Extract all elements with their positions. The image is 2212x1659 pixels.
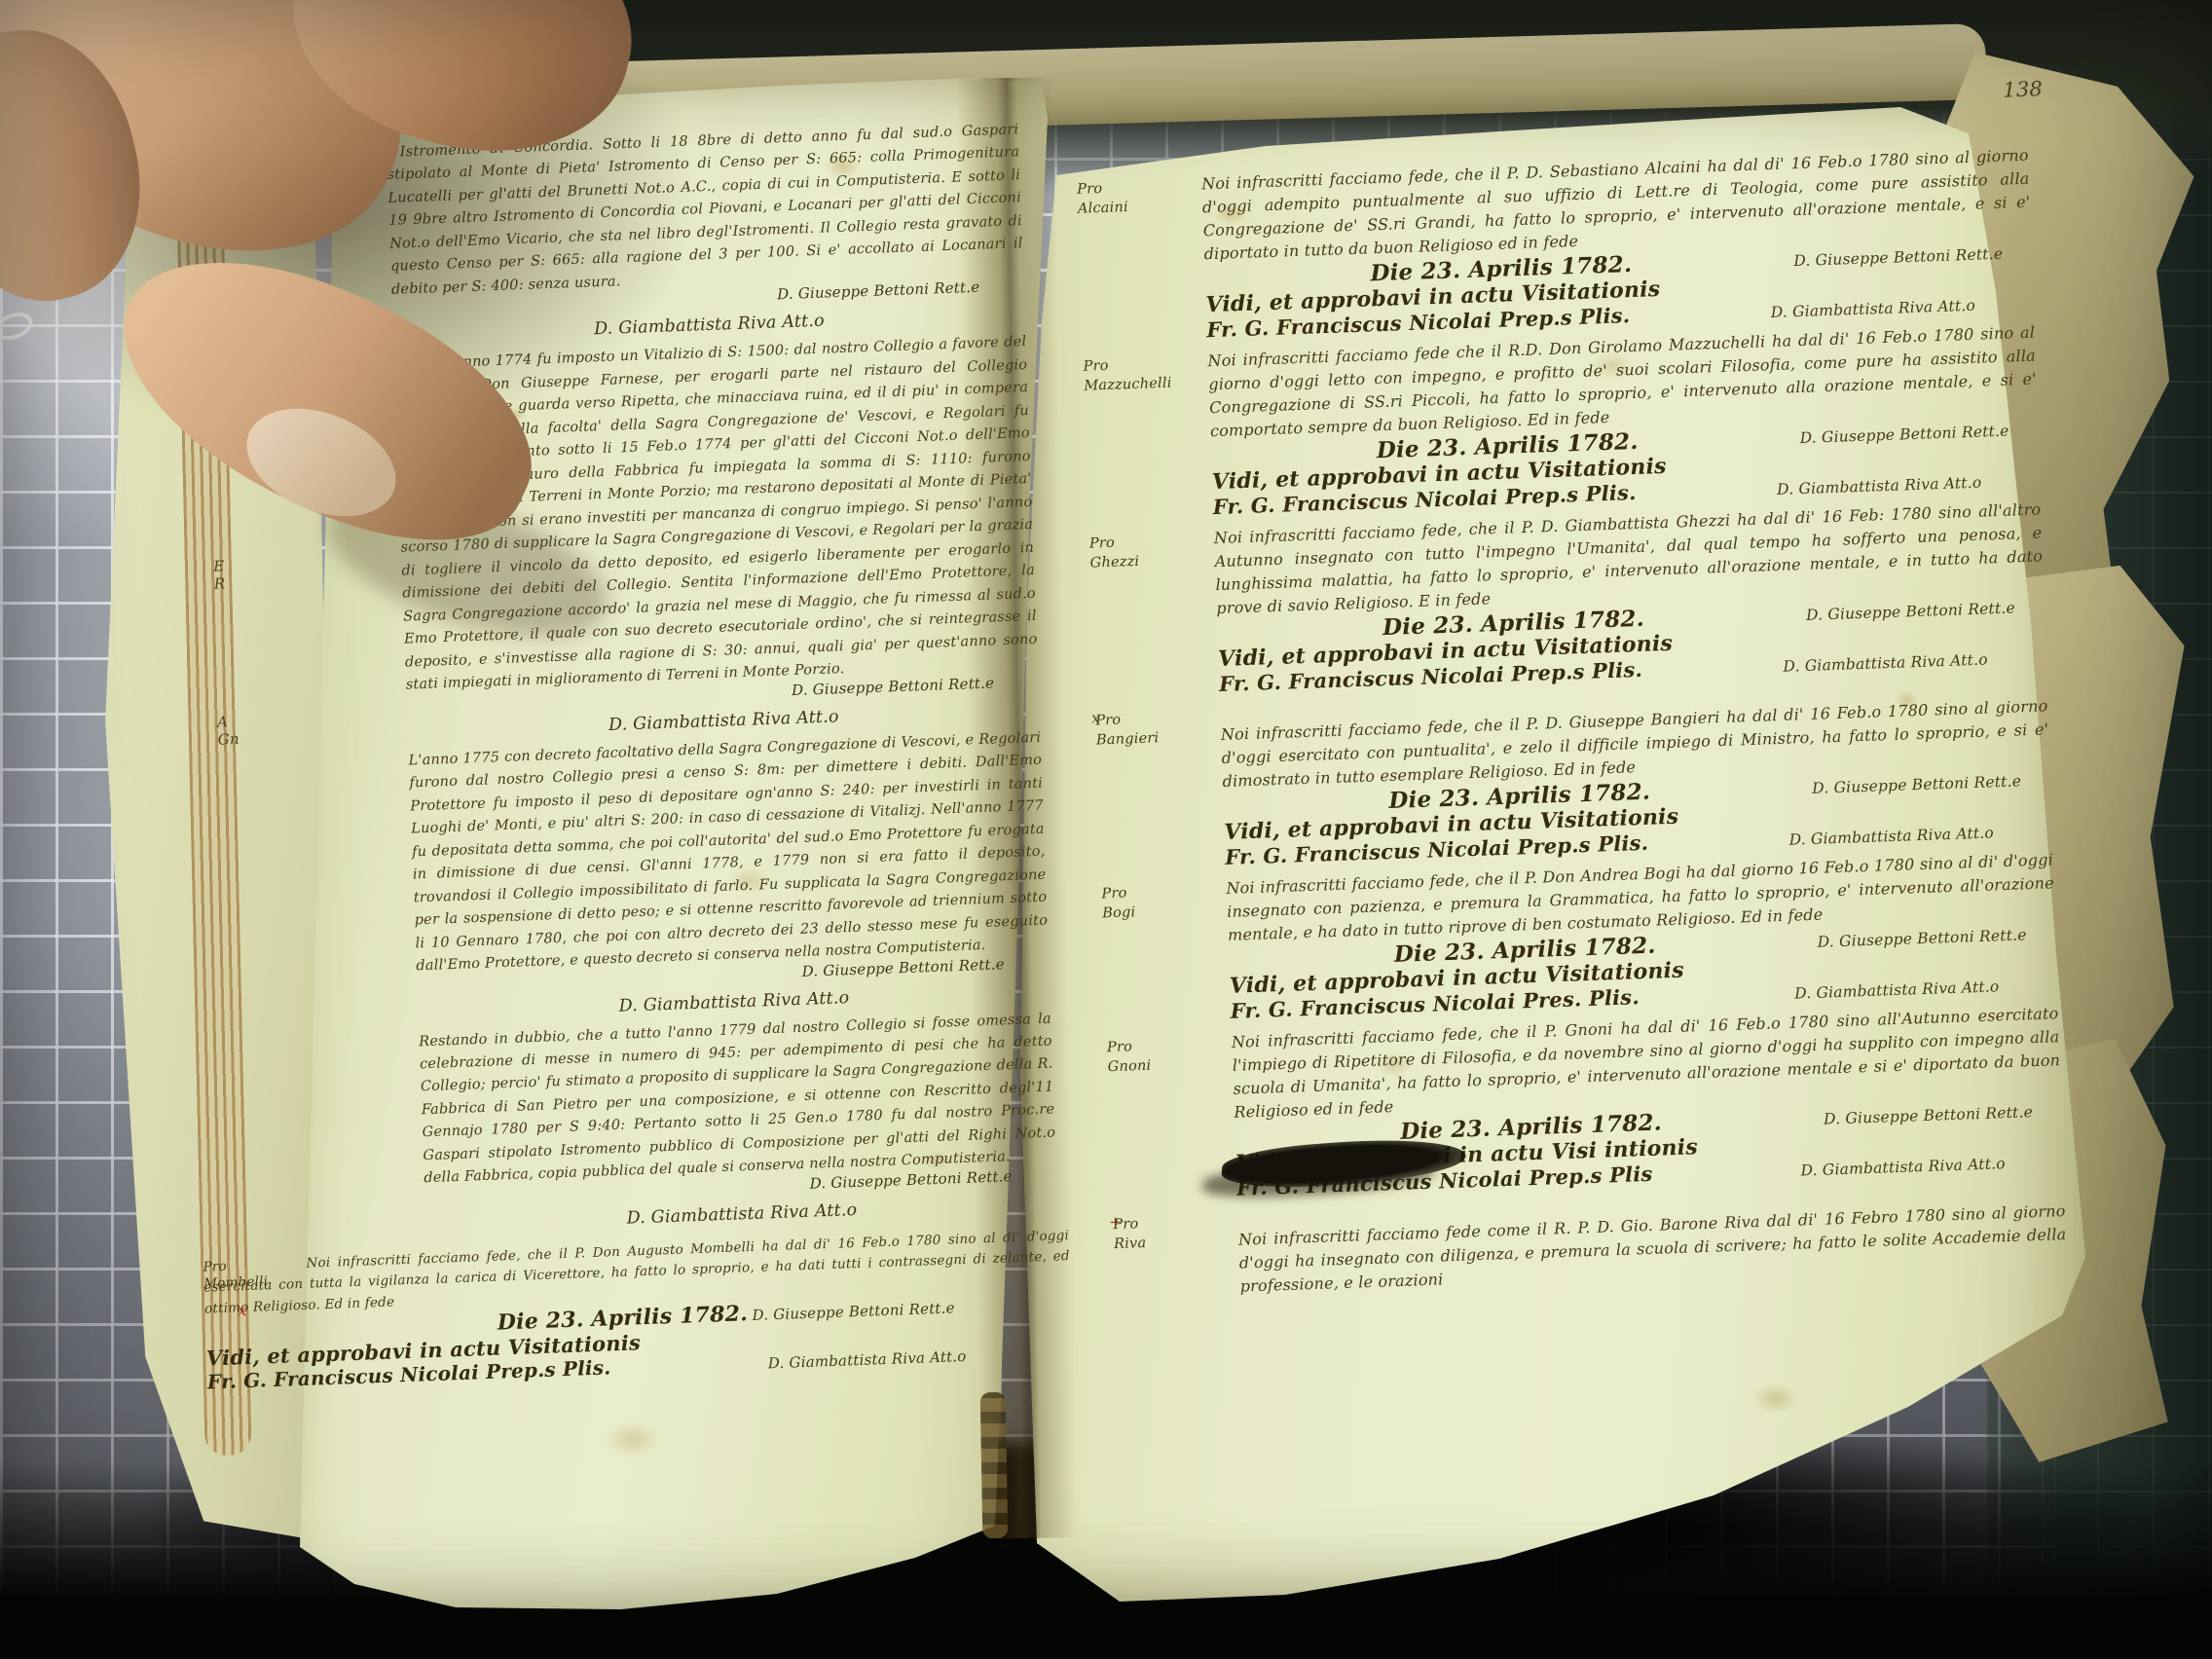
photo-vignette	[0, 0, 2212, 1659]
photo-scene: 134 G B E R A Gn L'Istromento di Concord…	[0, 0, 2212, 1659]
